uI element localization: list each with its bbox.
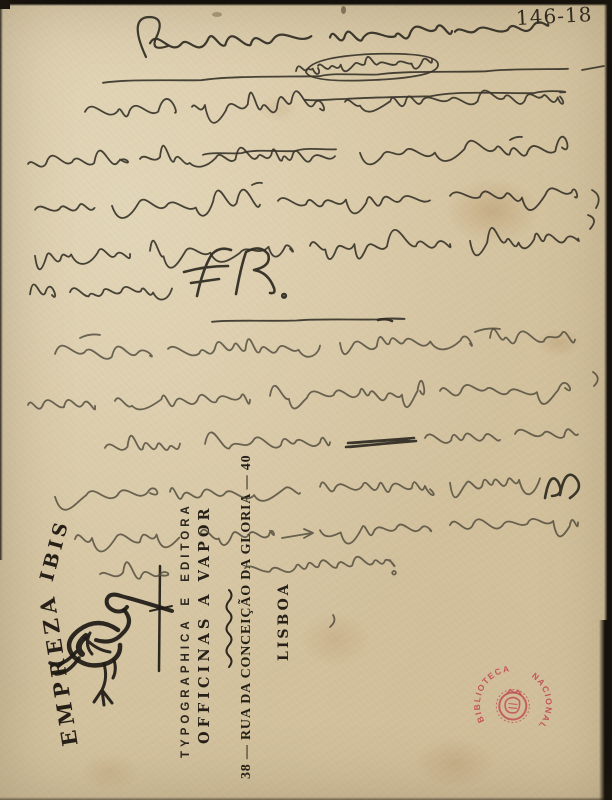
handwriting-line: [450, 478, 540, 497]
handwriting-line: [55, 346, 152, 359]
diacritic-tick: [510, 137, 522, 140]
diacritic-tick: [80, 328, 500, 338]
handwriting-line: [310, 230, 451, 259]
strikethrough: [203, 149, 336, 155]
handwriting-line: [192, 91, 324, 123]
handwriting-line: [105, 436, 180, 450]
handwriting-line: [440, 383, 570, 404]
handwriting-line: [205, 432, 330, 448]
handwriting-line: [35, 204, 95, 211]
handwriting-title: [103, 17, 604, 83]
stamp-emblem-icon: [495, 688, 531, 724]
handwriting-line: [112, 190, 260, 218]
ink-layer: BIBLIOTECA NACIONAL: [0, 0, 612, 800]
arrow-stroke: [282, 529, 313, 538]
handwriting-line: [28, 151, 128, 167]
handwriting-line: [28, 400, 95, 410]
stray-stroke: [588, 190, 599, 229]
stamp-text-right: NACIONAL: [525, 670, 558, 732]
handwriting-line: [245, 557, 395, 572]
handwriting-paragraph-1: [28, 90, 599, 299]
handwriting-line: [360, 137, 567, 165]
handwriting-line: [75, 534, 179, 551]
handwriting-title-seg: [330, 25, 452, 40]
handwriting-line: [30, 284, 55, 297]
handwriting-line: [100, 562, 168, 579]
initials-rr-flourish: [545, 475, 579, 498]
handwriting-line: [70, 287, 172, 300]
diacritic-tick: [252, 183, 262, 185]
handwriting-line: [320, 482, 434, 495]
handwriting-line: [55, 488, 157, 509]
section-divider-end: [378, 319, 392, 321]
manuscript-scan: EMPREZA IBIS TYPOGRAPHICA E EDITORA OFFI…: [0, 0, 612, 800]
handwriting-title-seg: [150, 35, 311, 48]
handwriting-line: [35, 249, 130, 269]
handwriting-line: [170, 487, 300, 501]
handwriting-line: [470, 228, 579, 255]
handwriting-line: [270, 381, 424, 409]
handwriting-line: [320, 525, 431, 544]
letterhead-wavy-divider-icon: [227, 590, 232, 667]
handwriting-line: [450, 188, 577, 210]
handwriting-line: [85, 99, 176, 117]
handwriting-line: [168, 339, 320, 357]
handwriting-paragraph-2: [28, 328, 598, 627]
handwriting-line: [425, 433, 500, 442]
circled-annotation-word: [318, 57, 432, 71]
handwriting-line: [490, 329, 575, 344]
handwriting-line: [278, 196, 430, 213]
handwriting-line: [150, 241, 293, 268]
period-dot: [392, 571, 396, 575]
scratched-out-word: [346, 438, 416, 447]
ibis-bird-icon: [50, 566, 172, 705]
handwriting-line: [115, 394, 250, 409]
stray-comma: [330, 615, 334, 627]
section-divider: [212, 318, 405, 321]
handwriting-line: [340, 336, 472, 354]
handwriting-line: [515, 429, 578, 438]
library-stamp: BIBLIOTECA NACIONAL: [470, 660, 559, 732]
handwriting-title-seg: [455, 22, 548, 32]
stray-stroke: [593, 372, 598, 386]
title-capital-stroke: [138, 17, 168, 57]
handwriting-line: [200, 530, 274, 545]
stray-stroke: [582, 66, 604, 70]
handwriting-line: [450, 519, 578, 537]
